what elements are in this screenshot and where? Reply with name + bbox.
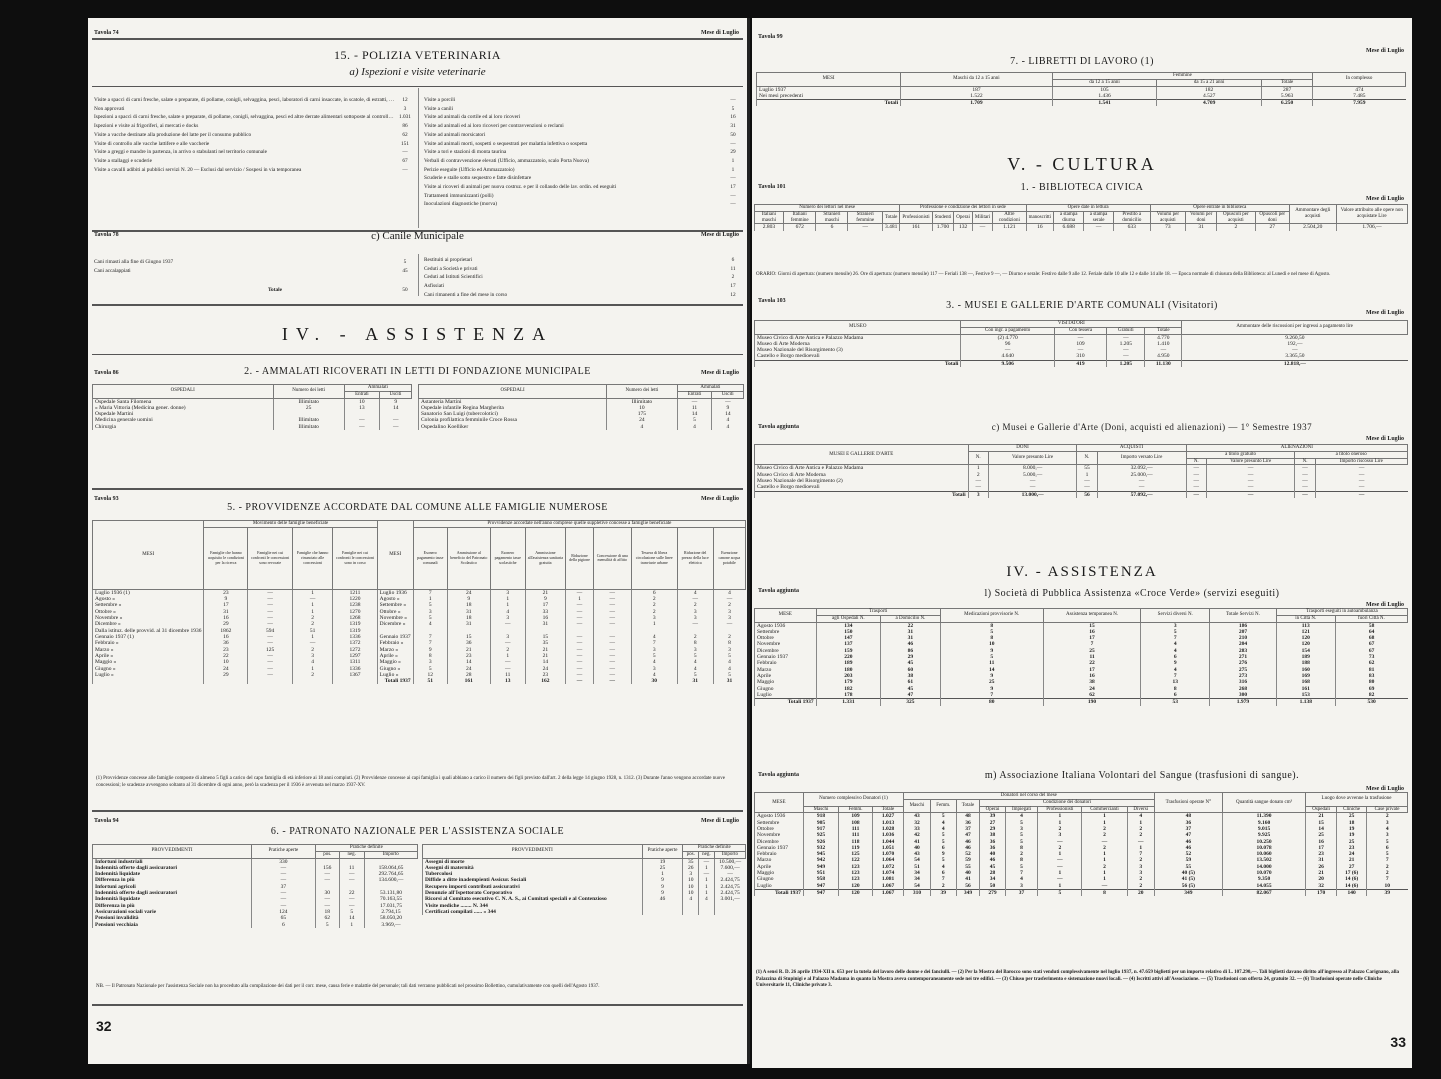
- cell-value: —: [968, 484, 988, 491]
- item-value: —: [396, 166, 414, 175]
- column-header: agli Ospedali N.: [816, 615, 880, 622]
- cell-value: [339, 858, 364, 865]
- total-value: 349: [956, 890, 980, 897]
- cell-value: 4: [677, 589, 713, 596]
- cell-value: 25: [1337, 813, 1367, 820]
- page-number-right: 33: [1390, 1034, 1406, 1050]
- cell-value: 1: [1082, 813, 1128, 820]
- total-value: 1.979: [1210, 699, 1277, 706]
- column-header: Numero dei lettori nel mese: [755, 205, 900, 212]
- canile-left-list: Cani rimasti alla fine di Giugno 19375Ca…: [94, 258, 414, 275]
- total-label: Totali: [755, 491, 969, 498]
- column-header: Trasporti: [816, 609, 940, 616]
- total-label: Totali: [755, 360, 961, 367]
- cell-value: [642, 909, 683, 915]
- row-label: Assegni di morte: [423, 858, 643, 865]
- column-header: Entrati: [344, 391, 379, 398]
- column-header: Professionisti: [900, 211, 932, 224]
- column-header: ALIENAZIONI: [1186, 445, 1407, 452]
- item-label: Verbali di contravvenzione elevati (Uffi…: [424, 157, 724, 166]
- section-assistenza-right: IV. - ASSISTENZA: [752, 564, 1412, 581]
- list-item: Visite ad animali morsicatori50: [424, 131, 742, 140]
- list-item: Visite a cavalli adibiti ai pubblici ser…: [94, 166, 414, 175]
- column-header: Maschi: [904, 799, 931, 813]
- column-header: MESI: [757, 73, 901, 87]
- cell-value: [364, 858, 417, 865]
- column-header: Maschi da 12 a 15 anni: [901, 73, 1053, 87]
- column-header: Ammalati: [344, 385, 411, 392]
- column-header: N.: [1295, 458, 1315, 465]
- book-spread: Tavola 74 Mese di Luglio 15. - POLIZIA V…: [0, 0, 1441, 1079]
- cell: [93, 678, 204, 684]
- musei-title: 3. - MUSEI E GALLERIE D'ARTE COMUNALI (V…: [752, 300, 1412, 311]
- table-row: Ospedalino Koelliker444: [419, 424, 744, 430]
- cell-value: 4.770: [1145, 334, 1182, 341]
- total-value: 57.092,—: [1097, 491, 1186, 498]
- item-value: —: [724, 96, 742, 105]
- cell-value: 6.688: [1054, 224, 1084, 231]
- cell-value: 11.390: [1223, 813, 1306, 820]
- list-item: Visite ai ricoveri di animali per nuova …: [424, 183, 742, 192]
- column-header: Totale: [956, 799, 980, 813]
- header-row: OSPEDALINumero dei lettiAmmalati: [419, 385, 744, 392]
- total-value: 947: [803, 890, 838, 897]
- row-label: Luglio 1936: [377, 589, 413, 596]
- row-label: Astanteria Martini: [419, 398, 607, 405]
- ammalati-title: 2. - AMMALATI RICOVERATI IN LETTI DI FON…: [88, 366, 747, 377]
- column-header: Provvidenze accordate nell'anno comprese…: [413, 521, 745, 528]
- item-value: 5: [396, 258, 414, 267]
- cell-value: 1: [1038, 883, 1082, 890]
- header-row: MESETrasportiMedicazioni provvisorie N.A…: [755, 609, 1408, 616]
- cell-value: 8.000,—: [988, 465, 1077, 472]
- page-number-left: 32: [96, 1018, 112, 1034]
- polizia-title: 15. - POLIZIA VETERINARIA: [88, 48, 747, 63]
- cell-value: 6: [1141, 692, 1210, 699]
- cell-value: 48: [1154, 813, 1222, 820]
- total-value: 51: [413, 678, 447, 684]
- tavola-label: Tavola 99: [758, 34, 783, 40]
- total-value: 9.506: [961, 360, 1054, 367]
- cell-value: 1: [292, 589, 333, 596]
- column-header: Case private: [1367, 806, 1408, 813]
- canile-title: c) Canile Municipale: [88, 230, 747, 242]
- cell-value: 7: [413, 589, 447, 596]
- cell-value: —: [1206, 465, 1295, 472]
- patronato-title: 6. - PATRONATO NAZIONALE PER L'ASSISTENZ…: [88, 826, 747, 837]
- total-value: 325: [881, 699, 941, 706]
- column-header: MESI: [377, 521, 413, 590]
- total-value: 30: [631, 678, 677, 684]
- cell-value: 310: [1054, 353, 1106, 360]
- column-header: Importo versato Lire: [1097, 451, 1186, 465]
- cell-value: 2: [1127, 883, 1154, 890]
- cell-value: 1.436: [1052, 93, 1157, 100]
- cell-value: 23: [204, 589, 248, 596]
- total-value: 13.000,—: [988, 491, 1077, 498]
- cell-value: 50: [980, 883, 1005, 890]
- column-header: a stampa diurna: [1054, 211, 1084, 224]
- table-row: Castello e Borgo medioevali4.640310—4.95…: [755, 353, 1408, 360]
- cell-value: [315, 858, 339, 865]
- cell-value: (2) 4.770: [961, 334, 1054, 341]
- item-value: 2: [724, 273, 742, 282]
- column-header: VISITATORI: [961, 321, 1182, 328]
- list-item: Ceduti a Società e privati11: [424, 265, 742, 274]
- cell-value: 1.121: [993, 224, 1026, 231]
- libretti-table: MESIMaschi da 12 a 15 anniFemmineIn comp…: [756, 72, 1406, 106]
- column-header: a Domicilio N.: [881, 615, 941, 622]
- column-header: Femm.: [839, 806, 873, 813]
- cell-value: 21: [525, 589, 565, 596]
- header-row: MESENumero complessivo Donatori (1)Donat…: [755, 793, 1408, 800]
- cell-value: 56 (5): [1154, 883, 1222, 890]
- column-header: Numero complessivo Donatori (1): [803, 793, 903, 807]
- item-value: —: [724, 140, 742, 149]
- cell-value: 4: [1005, 813, 1038, 820]
- row-label: Castello e Borgo medioevali: [755, 484, 969, 491]
- cell-value: 633: [1113, 224, 1150, 231]
- total-value: 1.138: [1276, 699, 1335, 706]
- column-header: Esonero pagamento tasse scolastiche: [490, 527, 525, 589]
- table-row: Agosto 193613422815318611358: [755, 622, 1408, 629]
- total-row: Totali 19371.33132580190531.9791.138530: [755, 699, 1408, 706]
- column-header: PROVVEDIMENTI: [423, 845, 643, 859]
- croce-verde-table: MESETrasportiMedicazioni provvisorie N.A…: [754, 608, 1408, 706]
- list-item: Visite ad animali morti, sospetti o sequ…: [424, 140, 742, 149]
- list-item: Visite a canili5: [424, 105, 742, 114]
- cell: [248, 678, 292, 684]
- total-value: 82.067: [1223, 890, 1306, 897]
- column-header: N.: [968, 451, 988, 465]
- total-label: Totali 1937: [377, 678, 413, 684]
- column-header: Famiglie che hanno rinunciato alle conce…: [292, 527, 333, 589]
- total-label: Totali 1937: [755, 890, 804, 897]
- column-header: Totale: [882, 211, 899, 224]
- cell-value: —: [1054, 334, 1106, 341]
- item-value: 16: [724, 113, 742, 122]
- column-header: In complesso: [1313, 73, 1406, 87]
- column-header: Professione e condizione dei lettori in …: [900, 205, 1026, 212]
- column-header: Ammalati: [677, 385, 743, 392]
- item-value: —: [724, 192, 742, 201]
- tavola-label: Tavola aggiunta: [758, 588, 799, 594]
- column-header: Stranieri maschi: [816, 211, 848, 224]
- item-value: 1.031: [396, 113, 414, 122]
- cell-value: 105: [1052, 86, 1157, 93]
- table-row: Astanteria MartiniIllimitato——: [419, 398, 744, 405]
- item-value: —: [724, 174, 742, 183]
- table-row: Luglio 1936 (1)23—11211Luglio 1936724321…: [93, 589, 746, 596]
- column-header: Importo: [364, 851, 417, 858]
- mese-label: Mese di Luglio: [701, 818, 739, 824]
- tavola-label: Tavola aggiunta: [758, 424, 799, 430]
- header-row: PROVVEDIMENTIPratiche apertePratiche def…: [93, 845, 418, 852]
- row-label: Luglio: [755, 692, 817, 699]
- total-value: —: [1315, 491, 1407, 498]
- cell-value: 15: [1043, 622, 1141, 629]
- musei-table: MUSEOVISITATORIAmmontare delle riscossio…: [754, 320, 1408, 367]
- table-row: Luglio9471201.067542565031—256 (5)14.055…: [755, 883, 1408, 890]
- biblioteca-orario: ORARIO: Giorni di apertura: (numero mens…: [756, 272, 1406, 279]
- item-label: Asfissiati: [424, 282, 724, 291]
- total-value: 12.818,—: [1182, 360, 1408, 367]
- cell-value: —: [344, 424, 379, 430]
- table-row: Nei mesi precedenti1.5221.4364.5275.9637…: [757, 93, 1406, 100]
- cell-value: 2.504,20: [1289, 224, 1336, 231]
- cell-value: 24: [447, 589, 490, 596]
- item-label: Cani rimasti alla fine di Giugno 1937: [94, 258, 396, 267]
- patronato-note: NB. — Il Patronato Nazionale per l'assis…: [96, 984, 741, 991]
- table-row: Luglio17847762630015382: [755, 692, 1408, 699]
- column-header: Ammissione all'assistenza sanitaria grat…: [525, 527, 565, 589]
- column-header: Pratiche aperte: [642, 845, 683, 859]
- cell-value: 16: [1026, 224, 1054, 231]
- column-header: Concessione di una mensilità di affitto: [593, 527, 631, 589]
- total-value: 162: [525, 678, 565, 684]
- list-item: Ispezioni a spacci di carni fresche, sal…: [94, 113, 414, 122]
- column-header: Condizione dei donatori: [980, 799, 1154, 806]
- total-value: 31: [677, 678, 713, 684]
- cell-value: 7: [940, 692, 1043, 699]
- cell-value: 3: [490, 589, 525, 596]
- cell-value: 2.803: [755, 224, 784, 231]
- cell-value: —: [248, 589, 292, 596]
- table-row: Infortuni industriali330: [93, 858, 418, 865]
- cell-value: 9: [379, 398, 411, 405]
- row-label: Infortuni industriali: [93, 858, 252, 865]
- column-header: Importo riscosso Lire: [1315, 458, 1407, 465]
- item-label: Ceduti ad Istituti Scientifici: [424, 273, 724, 282]
- cell-value: 2: [1217, 224, 1256, 231]
- item-value: 29: [724, 148, 742, 157]
- ammalati-right-table: OSPEDALINumero dei lettiAmmalatiEntratiU…: [418, 384, 744, 430]
- column-header: Trasporti eseguiti in autoambulanza: [1276, 609, 1407, 616]
- column-header: Totale: [1261, 79, 1312, 86]
- section-cultura: V. - CULTURA: [752, 154, 1412, 175]
- column-header: Diversi: [1127, 806, 1154, 813]
- total-value: 39: [930, 890, 956, 897]
- cell-value: 4: [677, 424, 712, 430]
- cell-value: 4.640: [961, 353, 1054, 360]
- cell-value: 14 (6): [1337, 883, 1367, 890]
- cell-value: 5: [930, 813, 956, 820]
- column-header: Totale: [872, 806, 903, 813]
- croce-verde-title: l) Società di Pubblica Assistenza «Croce…: [852, 588, 1412, 599]
- item-label: Visite a canili: [424, 105, 724, 114]
- cell-value: —: [712, 398, 744, 405]
- column-header: a stampa serale: [1084, 211, 1114, 224]
- left-page: Tavola 74 Mese di Luglio 15. - POLIZIA V…: [88, 18, 750, 1064]
- doni-table: MUSEI E GALLERIE D'ARTEDONIACQUISTIALIEN…: [754, 444, 1408, 498]
- cell-value: —: [1315, 484, 1407, 491]
- item-value: 17: [724, 282, 742, 291]
- column-header: Impiegati: [1005, 806, 1038, 813]
- list-item: Ispezioni e visite ai frigoriferi, ai me…: [94, 122, 414, 131]
- item-label: Visite a greggi e mandre in partenza, in…: [94, 148, 396, 157]
- column-header: Importo: [714, 851, 745, 858]
- total-value: 1.541: [1052, 100, 1157, 107]
- cell-value: 27: [1255, 224, 1289, 231]
- item-label: Visite a stallaggi e scuderie: [94, 157, 396, 166]
- libretti-title: 7. - LIBRETTI DI LAVORO (1): [752, 56, 1412, 67]
- table-row: Museo Civico di Arte Antica e Palazzo Ma…: [755, 334, 1408, 341]
- cell-value: 82: [1335, 692, 1407, 699]
- column-header: Totale: [1145, 327, 1182, 334]
- cell-value: 6: [631, 589, 677, 596]
- cell-value: 2: [1367, 813, 1408, 820]
- item-label: Restituiti ai proprietari: [424, 256, 724, 265]
- list-item: Cani rimanenti a fine del mese in corso1…: [424, 291, 742, 300]
- total-value: 5: [1038, 890, 1082, 897]
- total-value: 161: [447, 678, 490, 684]
- cell-value: 7.485: [1313, 93, 1406, 100]
- cell-value: 1.067: [872, 883, 903, 890]
- column-header: neg.: [698, 851, 714, 858]
- column-header: Numero dei letti: [607, 385, 677, 399]
- item-value: 5: [724, 105, 742, 114]
- total-value: 419: [1054, 360, 1106, 367]
- column-header: Tessera di libera circolazione sulle lin…: [631, 527, 677, 589]
- mese-label: Mese di Luglio: [1366, 436, 1404, 442]
- ammalati-left-table: OSPEDALINumero dei lettiAmmalatiEntratiU…: [92, 384, 412, 430]
- total-value: 279: [980, 890, 1005, 897]
- total-value: 349: [1154, 890, 1222, 897]
- column-header: da 12 a 15 anni: [1052, 79, 1157, 86]
- column-header: Pratiche definite: [683, 845, 746, 852]
- provvidenze-title: 5. - PROVVIDENZE ACCORDATE DAL COMUNE AL…: [88, 502, 747, 513]
- cell-value: 4: [1127, 813, 1154, 820]
- total-value: 170: [1306, 890, 1337, 897]
- header-row: MESIMovimento delle famiglie beneficiate…: [93, 521, 746, 528]
- table-row: ChirurgiaIllimitato——: [93, 424, 412, 430]
- column-header: OSPEDALI: [93, 385, 274, 399]
- cell-value: 62: [1043, 692, 1141, 699]
- column-header: a titolo gratuito: [1186, 451, 1295, 458]
- total-value: 140: [1337, 890, 1367, 897]
- cell-value: —: [1084, 224, 1114, 231]
- cell-value: —: [1107, 334, 1145, 341]
- patronato-left-table: PROVVEDIMENTIPratiche apertePratiche def…: [92, 844, 418, 928]
- column-header: MESI: [93, 521, 204, 590]
- list-item: Inoculazioni diagnostiche (morva)—: [424, 200, 742, 209]
- total-value: 6.250: [1261, 100, 1312, 107]
- cell-value: [698, 909, 714, 915]
- list-item: Verbali di contravvenzione elevati (Uffi…: [424, 157, 742, 166]
- total-value: —: [1186, 491, 1206, 498]
- cell-value: [683, 909, 699, 915]
- column-header: Stranieri femmine: [848, 211, 882, 224]
- cell-value: 4.950: [1145, 353, 1182, 360]
- row-label: Museo Civico di Arte Antica e Palazzo Ma…: [755, 465, 969, 472]
- cell-value: 187: [901, 86, 1053, 93]
- item-value: —: [724, 200, 742, 209]
- total-value: 120: [839, 890, 873, 897]
- item-label: Inoculazioni diagnostiche (morva): [424, 200, 724, 209]
- cell-value: 5: [315, 922, 339, 928]
- row-label: Luglio 1937: [757, 86, 901, 93]
- row-label: Agosto 1936: [755, 813, 804, 820]
- cell-value: 58: [1335, 622, 1407, 629]
- total-row: Totali1.7091.5414.7096.2507.959: [757, 100, 1406, 107]
- cell-value: 1.522: [901, 93, 1053, 100]
- cell-value: 5.963: [1261, 93, 1312, 100]
- column-header: Trasfusioni operate N°: [1154, 793, 1222, 813]
- item-value: 67: [396, 157, 414, 166]
- tavola-label: Tavola 74: [94, 30, 119, 36]
- total-value: —: [1206, 491, 1295, 498]
- cell-value: 32.092,—: [1097, 465, 1186, 472]
- total-value: 11.130: [1145, 360, 1182, 367]
- item-value: 86: [396, 122, 414, 131]
- total-value: 530: [1335, 699, 1407, 706]
- table-row: Luglio 1937187105182287474: [757, 86, 1406, 93]
- item-label: Perizie eseguite (Ufficio ed Ammazzatoio…: [424, 166, 724, 175]
- cell-value: 1: [968, 465, 988, 472]
- cell-value: —: [379, 424, 411, 430]
- cell-value: 300: [1210, 692, 1277, 699]
- row-label: Certificati compilati ...... » 344: [423, 909, 643, 915]
- column-header: Altre condizioni: [993, 211, 1026, 224]
- total-value: —: [566, 678, 594, 684]
- cell-value: 35: [683, 858, 699, 865]
- item-value: 151: [396, 140, 414, 149]
- column-header: Famiglie nei cui confronti le concession…: [333, 527, 377, 589]
- cell-value: 48: [956, 813, 980, 820]
- column-header: fuori Città N.: [1335, 615, 1407, 622]
- column-header: da 15 a 21 anni: [1157, 79, 1262, 86]
- column-header: pos.: [683, 851, 699, 858]
- right-page: Tavola 99 Mese di Luglio 7. - LIBRETTI D…: [752, 18, 1412, 1068]
- item-label: Visite a cavalli adibiti ai pubblici ser…: [94, 166, 396, 175]
- cell-value: —: [988, 484, 1077, 491]
- cell-value: 182: [1157, 86, 1262, 93]
- total-row: Totali9.5064191.20511.13012.818,—: [755, 360, 1408, 367]
- total-value: 31: [713, 678, 745, 684]
- cell-value: 21: [1306, 813, 1337, 820]
- list-item: Cani rimasti alla fine di Giugno 19375: [94, 258, 414, 267]
- total-label: Totali: [757, 100, 901, 107]
- list-item: Restituiti ai proprietari6: [424, 256, 742, 265]
- mese-label: Mese di Luglio: [1366, 310, 1404, 316]
- total-value: —: [1295, 491, 1315, 498]
- sangue-table: MESENumero complessivo Donatori (1)Donat…: [754, 792, 1408, 896]
- canile-right-list: Restituiti ai proprietari6Ceduti a Socie…: [424, 256, 742, 300]
- cell-value: [714, 909, 745, 915]
- list-item: Visite di controllo alle vacche lattifer…: [94, 140, 414, 149]
- column-header: Volumi per acquisti: [1150, 211, 1185, 224]
- cell-value: 3.365,50: [1182, 353, 1408, 360]
- item-label: Visite a tori e stazioni di monta taurin…: [424, 148, 724, 157]
- cell-value: 3.969,—: [364, 922, 417, 928]
- list-item: Visite a spacci di carni fresche, salate…: [94, 96, 414, 105]
- cell-value: 32: [1306, 883, 1337, 890]
- cell-value: 43: [904, 813, 931, 820]
- cell-value: —: [1097, 484, 1186, 491]
- patronato-right-table: PROVVEDIMENTIPratiche apertePratiche def…: [422, 844, 746, 915]
- column-header: pos.: [315, 851, 339, 858]
- item-value: 17: [724, 183, 742, 192]
- column-header: Riduzione del prezzo della luce elettric…: [677, 527, 713, 589]
- cell-value: Illimitato: [273, 424, 344, 430]
- column-header: N.: [1186, 458, 1206, 465]
- column-header: a titolo oneroso: [1295, 451, 1408, 458]
- cell-value: 73: [1150, 224, 1185, 231]
- biblioteca-table: Numero dei lettori nel meseProfessione e…: [754, 204, 1408, 231]
- item-label: Visite di controllo alle vacche lattifer…: [94, 140, 396, 149]
- total-value: 37: [1005, 890, 1038, 897]
- cell: [292, 678, 333, 684]
